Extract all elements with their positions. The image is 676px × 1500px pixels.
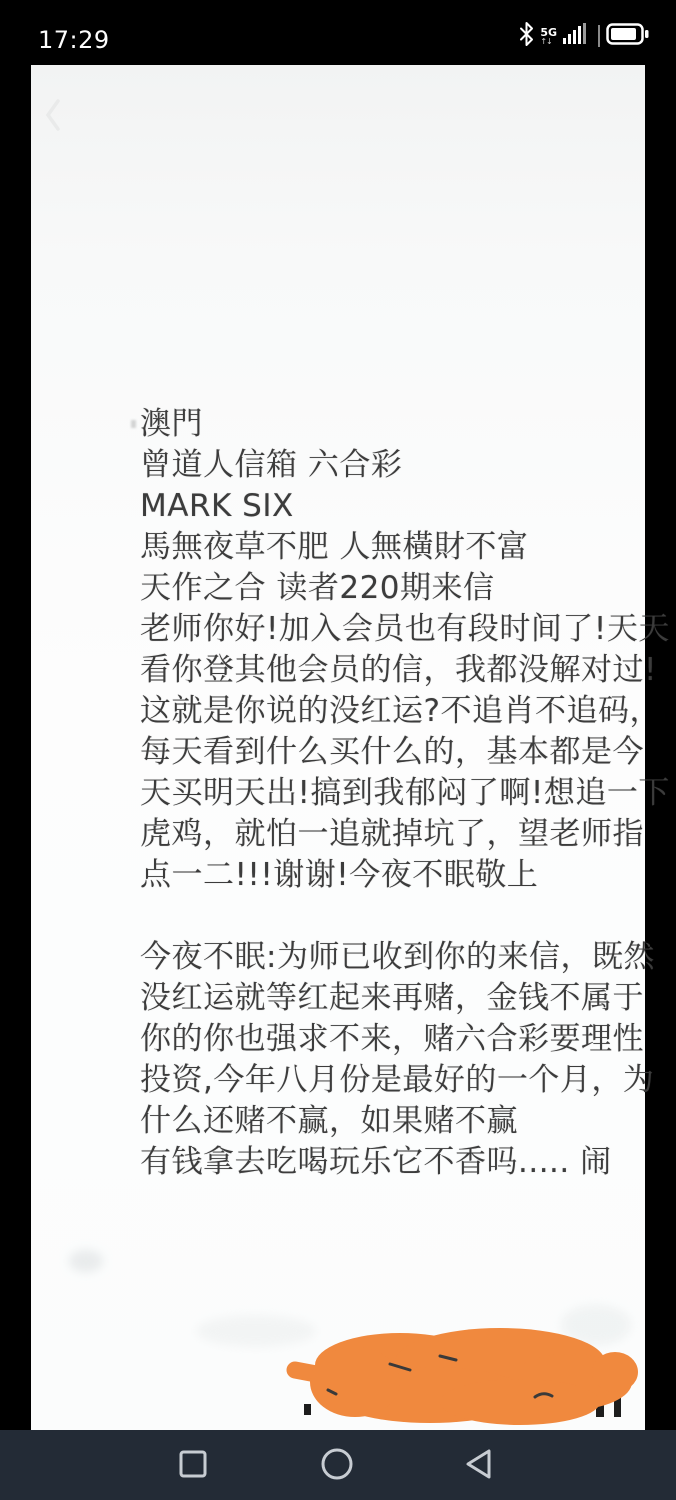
doc-line: 天买明天出!搞到我郁闷了啊!想追一下	[140, 773, 670, 814]
doc-line: 虎鸡，就怕一追就掉坑了，望老师指	[140, 814, 670, 855]
doc-line: 曾道人信箱 六合彩	[140, 445, 670, 486]
document-text: 澳門 曾道人信箱 六合彩 MARK SIX 馬無夜草不肥 人無橫財不富 天作之合…	[140, 404, 670, 1183]
doc-line: 什么还赌不赢，如果赌不赢	[140, 1101, 670, 1142]
doc-line: MARK SIX	[140, 486, 670, 527]
doc-line: 没红运就等红起来再赌，金钱不属于	[140, 978, 670, 1019]
signal-bars-icon	[563, 22, 589, 50]
recents-button[interactable]	[171, 1444, 215, 1488]
doc-line: 这就是你说的没红运?不追肖不追码，	[140, 691, 670, 732]
phone-screen: 17:29 5G ↑↓	[0, 0, 676, 1500]
doc-line: 馬無夜草不肥 人無橫財不富	[140, 527, 670, 568]
status-time: 17:29	[38, 26, 110, 54]
photo-artifact	[131, 420, 136, 428]
document-photo: 澳門 曾道人信箱 六合彩 MARK SIX 馬無夜草不肥 人無橫財不富 天作之合…	[31, 65, 645, 1430]
android-nav-bar	[0, 1430, 676, 1500]
back-icon	[463, 1447, 497, 1485]
home-icon	[320, 1447, 354, 1485]
faint-back-chevron-icon	[41, 95, 65, 139]
doc-line: 有钱拿去吃喝玩乐它不香吗..... 闹	[140, 1142, 670, 1183]
doc-line: 你的你也强求不来，赌六合彩要理性	[140, 1019, 670, 1060]
doc-line: 每天看到什么买什么的，基本都是今	[140, 732, 670, 773]
doc-line: 看你登其他会员的信，我都没解对过!	[140, 650, 670, 691]
battery-icon	[606, 22, 650, 50]
network-type-label: 5G ↑↓	[540, 27, 557, 46]
back-button[interactable]	[458, 1444, 502, 1488]
recents-icon	[178, 1449, 208, 1483]
doc-line: 投资,今年八月份是最好的一个月，为	[140, 1060, 670, 1101]
home-button[interactable]	[315, 1444, 359, 1488]
data-arrows-icon: ↑↓	[540, 38, 551, 46]
photo-smudge	[69, 1250, 103, 1272]
bluetooth-icon	[519, 21, 534, 51]
doc-line: 老师你好!加入会员也有段时间了!天天	[140, 609, 670, 650]
doc-line: 天作之合 读者220期来信	[140, 568, 670, 609]
doc-line: 今夜不眠:为师已收到你的来信，既然	[140, 937, 670, 978]
doc-line: 澳門	[140, 404, 670, 445]
status-bar: 17:29 5G ↑↓	[0, 0, 676, 64]
orange-scribble-redaction	[270, 1320, 660, 1436]
doc-line: 点一二!!!谢谢!今夜不眠敬上	[140, 855, 670, 896]
reply-text: 今夜不眠:为师已收到你的来信，既然 没红运就等红起来再赌，金钱不属于 你的你也强…	[140, 937, 670, 1183]
status-icons: 5G ↑↓	[519, 22, 650, 50]
status-separator	[598, 25, 600, 47]
